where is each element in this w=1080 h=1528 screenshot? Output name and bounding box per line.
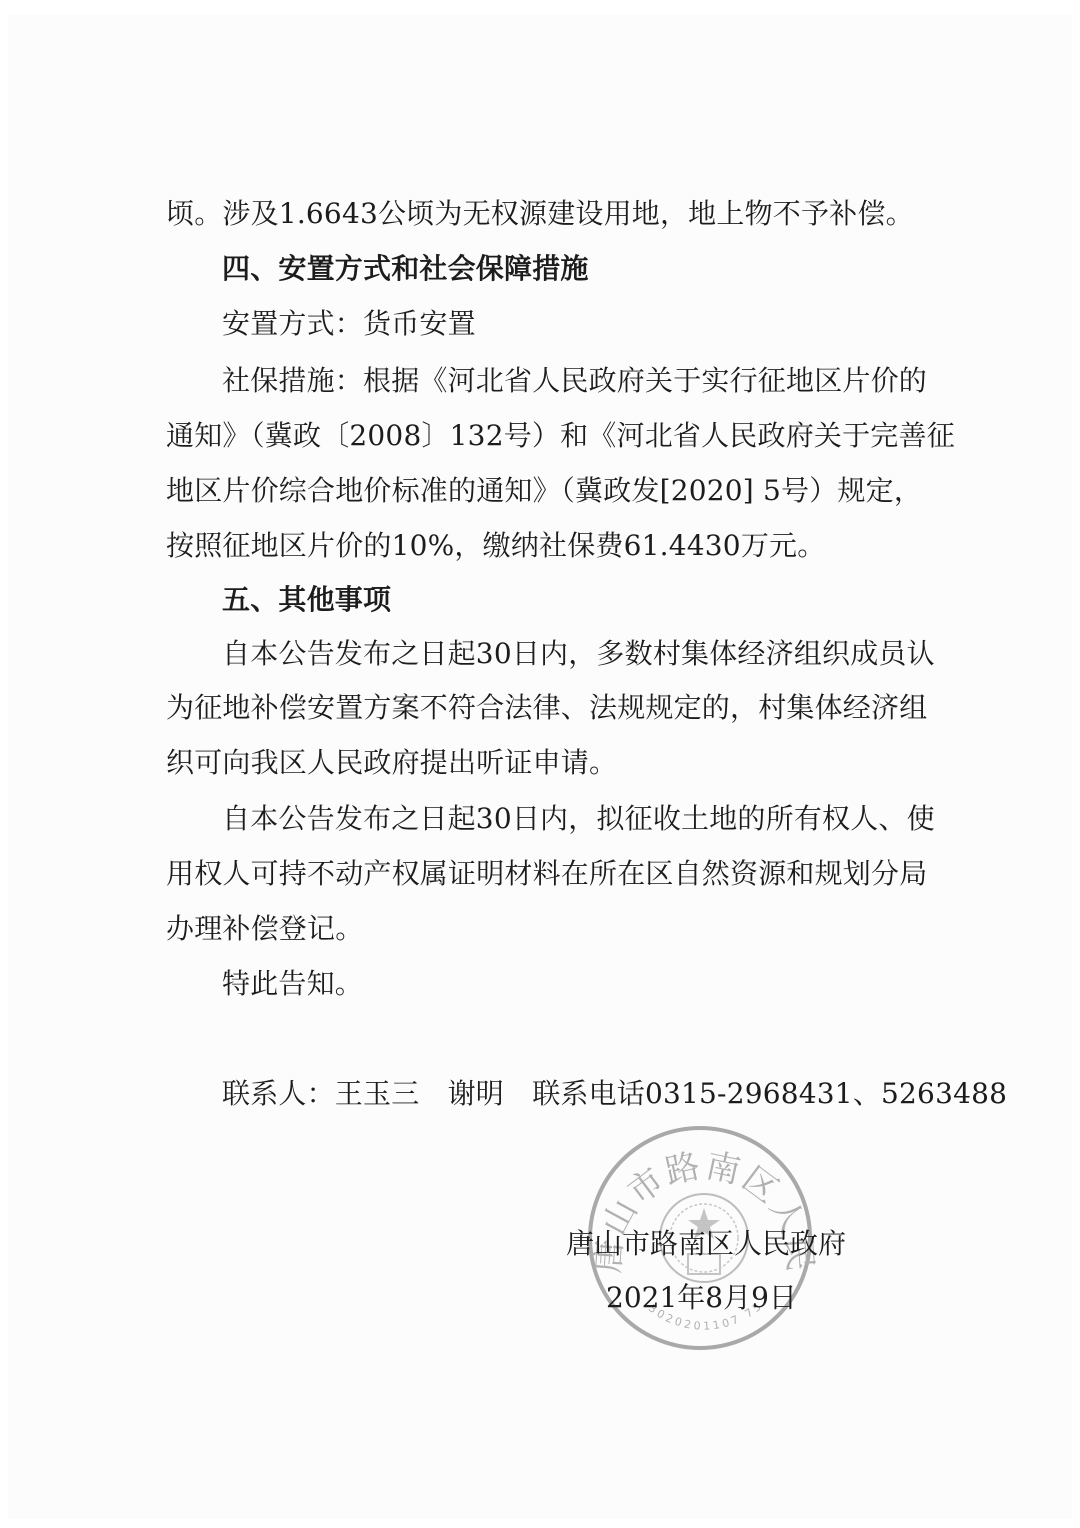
section-heading-4: 四、安置方式和社会保障措施 [222,253,992,285]
contact-info: 联系人：王玉三 谢明 联系电话0315-2968431、5263488 [222,1078,992,1110]
paragraph-line: 织可向我区人民政府提出听证申请。 [166,747,936,779]
paragraph-line: 自本公告发布之日起30日内，拟征收土地的所有权人、使 [222,803,992,835]
paragraph-line: 用权人可持不动产权属证明材料在所在区自然资源和规划分局 [166,858,936,890]
paragraph-line: 顷。涉及1.6643公顷为无权源建设用地，地上物不予补偿。 [166,198,936,230]
signing-date: 2021年8月9日 [606,1282,797,1314]
signing-organization: 唐山市路南区人民政府 [566,1228,846,1260]
paragraph-line: 地区片价综合地价标准的通知》（冀政发[2020] 5号）规定， [166,475,936,507]
closing-line: 特此告知。 [222,968,992,1000]
paragraph-line: 按照征地区片价的10%，缴纳社保费61.4430万元。 [166,530,936,562]
paragraph-line: 办理补偿登记。 [166,913,936,945]
paragraph-line: 安置方式：货币安置 [222,308,992,340]
paragraph-line: 社保措施：根据《河北省人民政府关于实行征地区片价的 [222,365,992,397]
paragraph-line: 自本公告发布之日起30日内，多数村集体经济组织成员认 [222,638,992,670]
section-heading-5: 五、其他事项 [222,584,992,616]
paragraph-line: 通知》（冀政〔2008〕132号）和《河北省人民政府关于完善征 [166,420,936,452]
paragraph-line: 为征地补偿安置方案不符合法律、法规规定的，村集体经济组 [166,692,936,724]
